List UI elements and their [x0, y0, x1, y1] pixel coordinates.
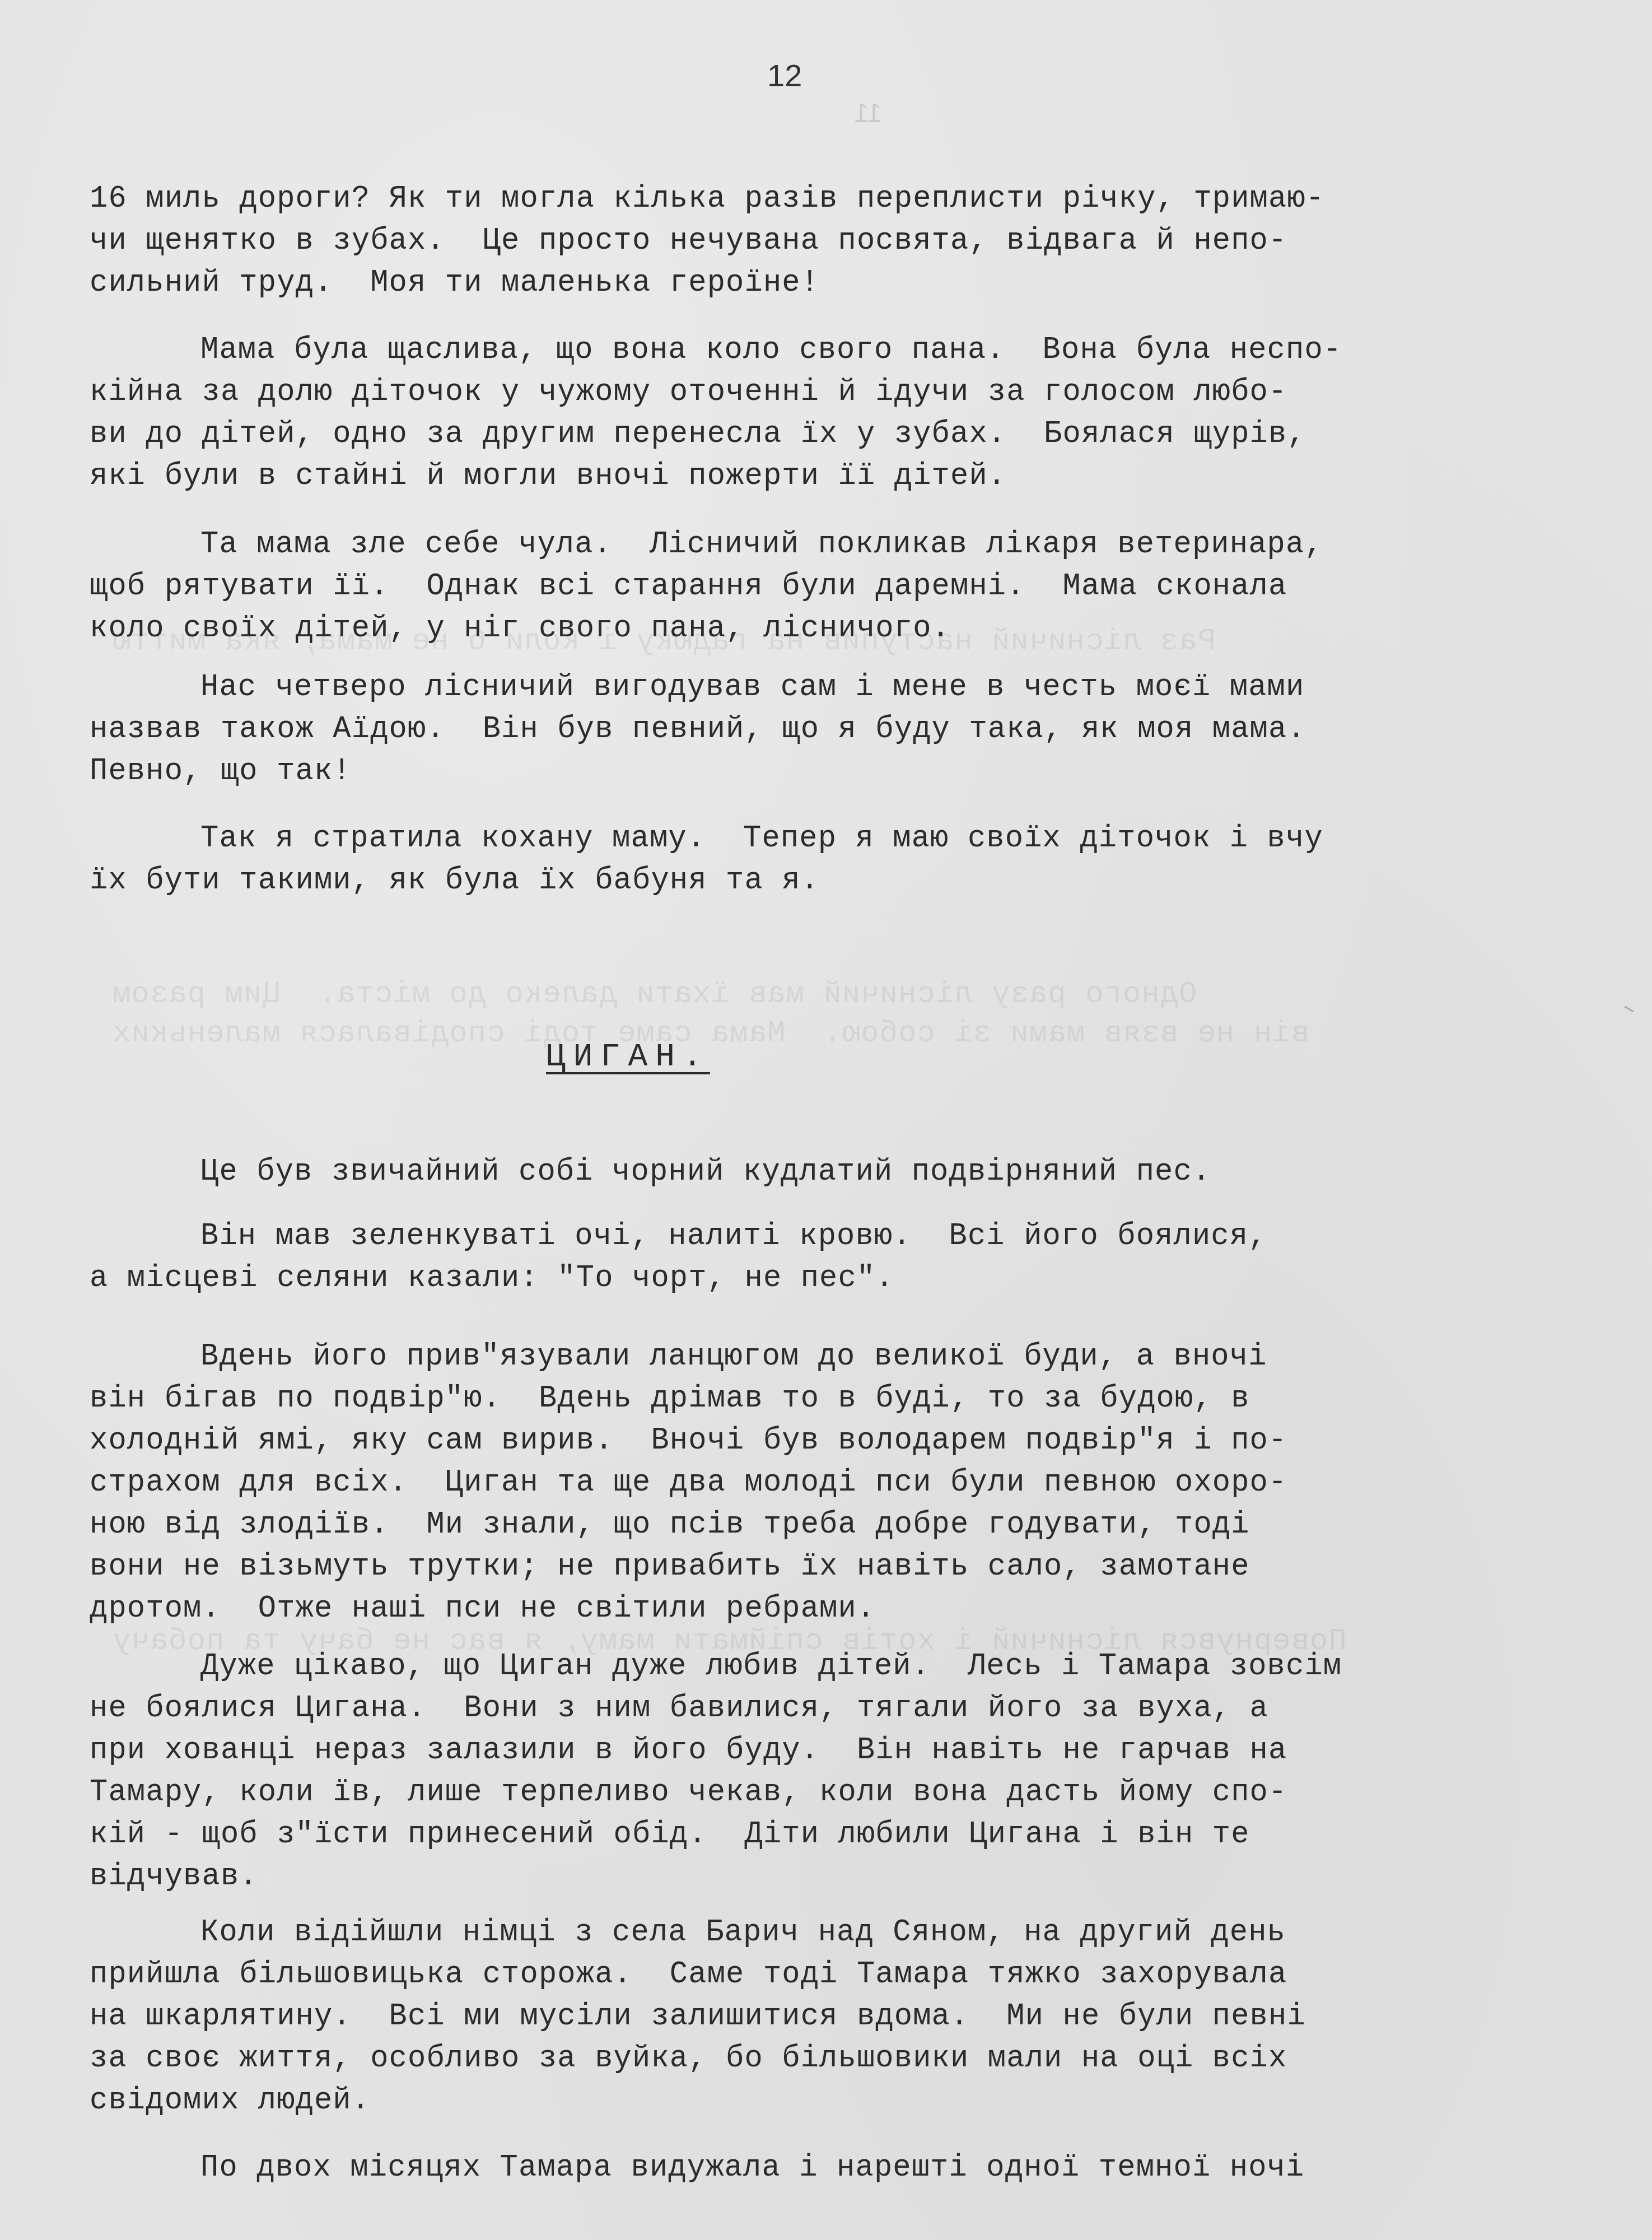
- paragraph-start: Це був звичайний собі чорний кудлатий по…: [200, 1151, 1211, 1191]
- text-line: ною від злодіїв. Ми знали, що псів треба…: [90, 1504, 1250, 1544]
- paragraph-start: Вдень його прив"язували ланцюгом до вели…: [200, 1336, 1267, 1376]
- paragraph-start: Він мав зеленкуваті очі, налиті кровю. В…: [200, 1216, 1267, 1256]
- text-line: на шкарлятину. Всі ми мусіли залишитися …: [90, 1996, 1306, 2036]
- paragraph-start: Так я стратила кохану маму. Тепер я маю …: [200, 818, 1323, 858]
- page-number: 12: [767, 57, 802, 94]
- paragraph-start: Дуже цікаво, що Циган дуже любив дітей. …: [200, 1646, 1342, 1686]
- text-line: відчував.: [90, 1856, 258, 1896]
- text-line: кій - щоб з"їсти принесений обід. Діти л…: [90, 1814, 1250, 1854]
- paragraph-start: Мама була щаслива, що вона коло свого па…: [200, 329, 1342, 370]
- text-line: кійна за долю діточок у чужому оточенні …: [90, 371, 1287, 412]
- typewritten-page: 11 Раз лісничий наступив на гадюку і кол…: [0, 0, 1652, 2240]
- text-line: він бігав по подвір"ю. Вдень дрімав то в…: [90, 1378, 1250, 1418]
- bleed-through-text: він не взяв мами зі собою. Мама саме тод…: [112, 1017, 1309, 1051]
- text-line: прийшла більшовицька сторожа. Саме тоді …: [90, 1954, 1287, 1994]
- paragraph-start: Нас четверо лісничий вигодував сам і мен…: [200, 667, 1304, 707]
- text-line: при хованці нераз залазили в його буду. …: [90, 1730, 1287, 1770]
- text-line: Певно, що так!: [90, 751, 352, 791]
- text-line: холодній ямі, яку сам вирив. Вночі був в…: [90, 1420, 1287, 1460]
- text-line: назвав також Аїдою. Він був певний, що я…: [90, 709, 1306, 749]
- paragraph-start: Та мама зле себе чула. Лісничий покликав…: [200, 524, 1323, 564]
- text-line: чи щенятко в зубах. Це просто нечувана п…: [90, 220, 1287, 260]
- text-line: Тамару, коли їв, лише терпеливо чекав, к…: [90, 1772, 1287, 1812]
- text-line: не боялися Цигана. Вони з ним бавилися, …: [90, 1688, 1268, 1728]
- text-line: страхом для всіх. Циган та ще два молоді…: [90, 1462, 1287, 1502]
- text-line: а місцеві селяни казали: "То чорт, не пе…: [90, 1258, 894, 1298]
- text-line: щоб рятувати її. Однак всі старання були…: [90, 566, 1287, 606]
- text-line: їх бути такими, як була їх бабуня та я.: [90, 860, 819, 900]
- text-line: які були в стайні й могли вночі пожерти …: [90, 455, 1006, 496]
- text-line: ви до дітей, одно за другим перенесла їх…: [90, 413, 1306, 454]
- section-title: ЦИГАН.: [546, 1039, 710, 1075]
- text-line: свідомих людей.: [90, 2080, 370, 2120]
- text-line: сильний труд. Моя ти маленька героїне!: [90, 262, 819, 302]
- paragraph-start: По двох місяцях Тамара видужала і нарешт…: [200, 2147, 1304, 2187]
- text-line: 16 миль дороги? Як ти могла кілька разів…: [90, 178, 1324, 218]
- margin-mark: [1624, 1006, 1634, 1013]
- text-line: дротом. Отже наші пси не світили ребрами…: [90, 1588, 875, 1628]
- bleed-through-page-number: 11: [854, 98, 882, 129]
- text-line: коло своїх дітей, у ніг свого пана, лісн…: [90, 608, 950, 648]
- paragraph-start: Коли відійшли німці з села Барич над Сян…: [200, 1912, 1286, 1952]
- text-line: вони не візьмуть трутки; не привабить їх…: [90, 1546, 1250, 1586]
- text-line: за своє життя, особливо за вуйка, бо біл…: [90, 2038, 1287, 2078]
- bleed-through-text: Одного разу лісничий мав їхати далеко до…: [112, 977, 1197, 1012]
